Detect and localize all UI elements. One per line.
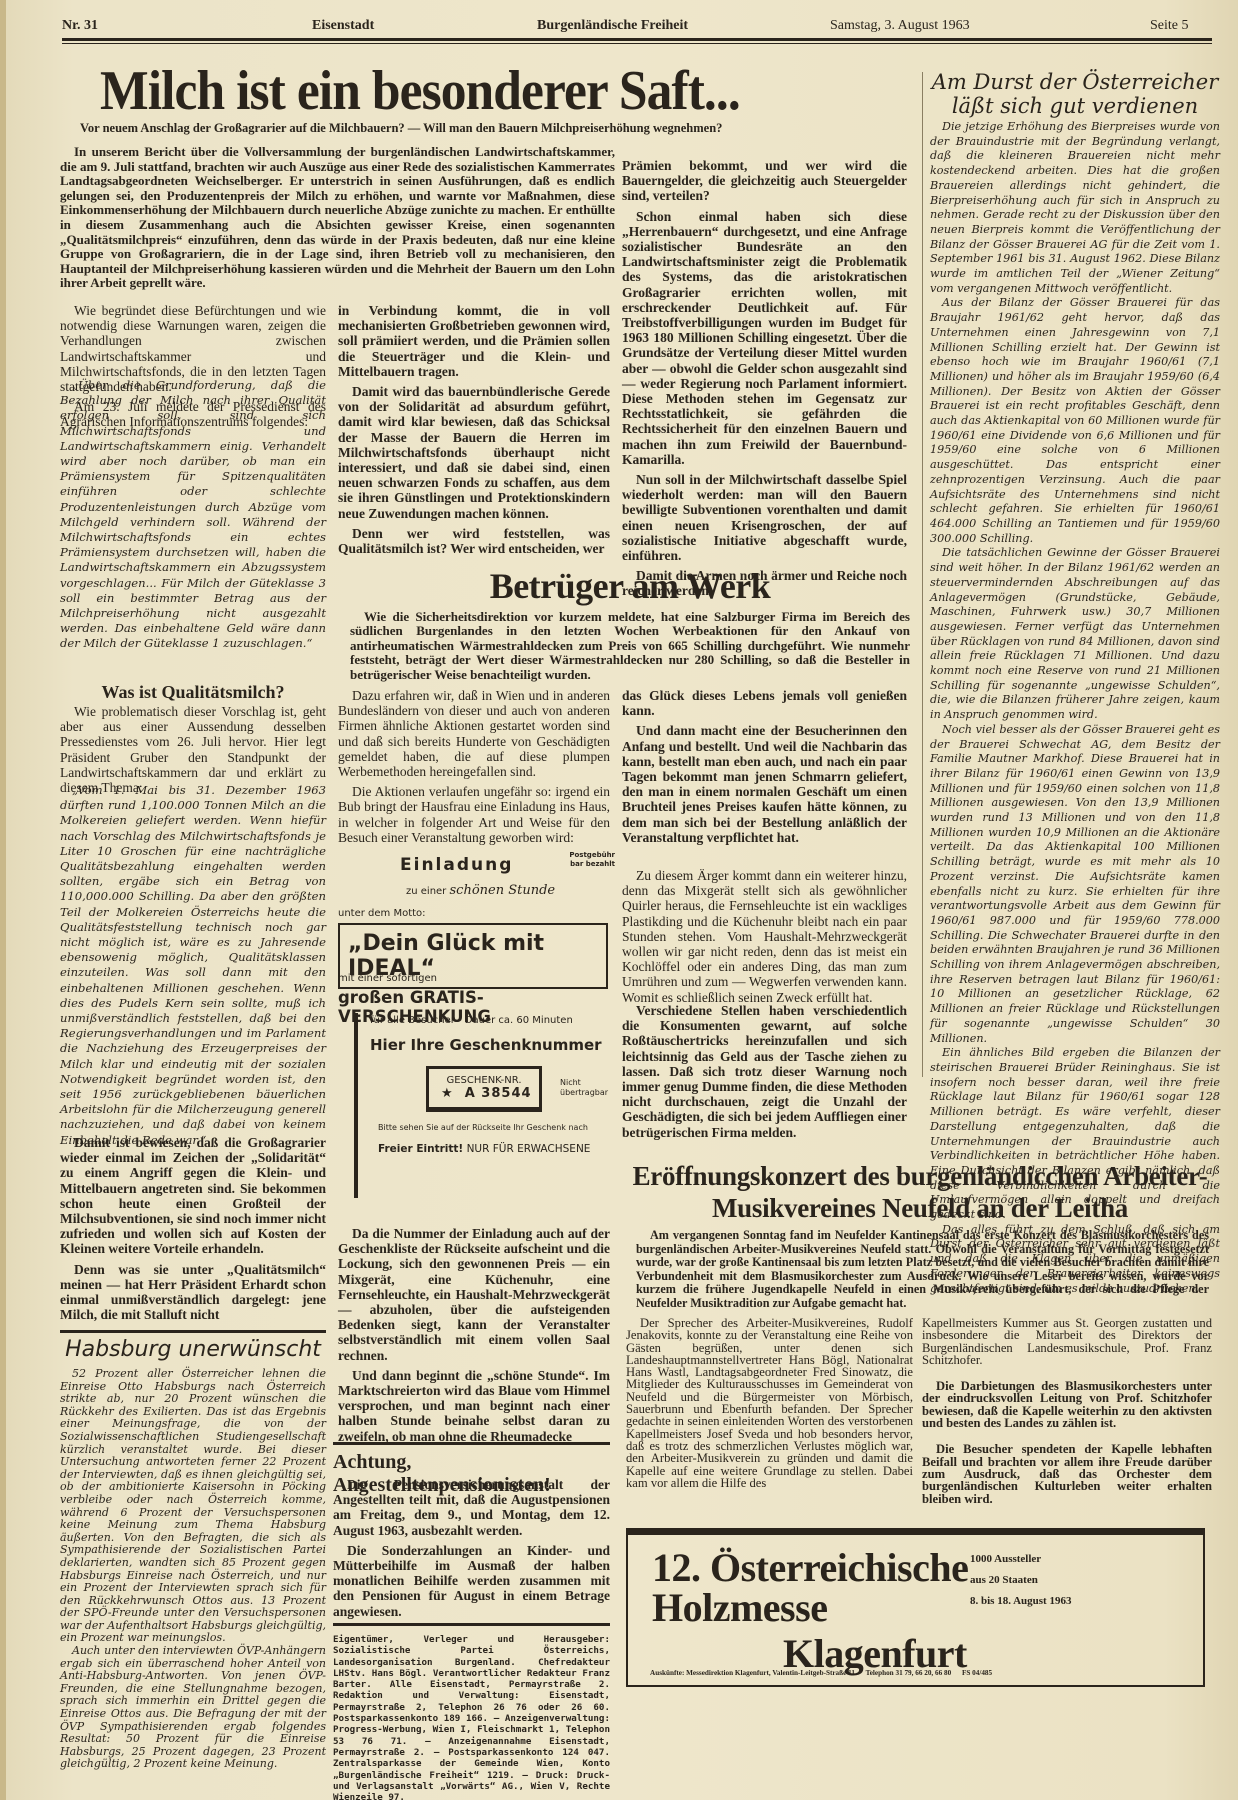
section-rule [333,1442,610,1445]
star-icon: ★ [441,1086,454,1101]
fraud-column-1: Dazu erfahren wir, daß in Wien und in an… [338,688,610,850]
crosshead-qualitaetsmilch: Was ist Qualitätsmilch? [60,682,326,703]
motto-label: unter dem Motto: [338,908,426,919]
issue-date: Samstag, 3. August 1963 [830,18,970,34]
habsburg-body: 52 Prozent aller Österreicher lehnen die… [60,1368,326,1771]
pension-body: Die Pensionsversicherungsanstalt der Ang… [333,1477,610,1624]
invitation-to: zu einer schönen Stunde [406,883,555,898]
beer-article: Am Durst der Österreicher läßt sich gut … [930,70,1220,1296]
page-edge [0,0,6,1800]
concert-headline: Eröffnungskonzert des burgenländicchen A… [625,1160,1215,1224]
beer-body: Die jetzige Erhöhung des Bierpreises wur… [930,120,1220,1296]
concert-column-2: Kapellmeisters Kummer aus St. Georgen zu… [922,1317,1212,1510]
fraud-column-2c: Verschiedene Stellen haben verschiedentl… [622,1003,907,1145]
fraud-headline: Betrüger am Werk [350,565,910,607]
invitation-side-bar [354,1013,358,1198]
section-rule [333,1623,610,1626]
beer-headline-line-1: Am Durst der Österreicher [930,70,1220,94]
gift-number-box: GESCHENK-NR. ★ A 38544 [426,1066,542,1112]
lead-quote-2: „Vom 1. Mai bis 31. Dezember 1963 dürfte… [60,783,326,1148]
lead-column-1c: Damit ist bewiesen, daß die Großagrarier… [60,1135,326,1327]
gift-label: GESCHENK-NR. [441,1075,527,1086]
fair-info: Auskünfte: Messedirektion Klagenfurt, Va… [650,1669,992,1677]
gift-number: ★ A 38544 [441,1086,527,1101]
non-transferable: Nicht übertragbar [560,1078,610,1098]
lead-subheadline: Vor neuem Anschlag der Großagrarier auf … [80,121,880,136]
postage-note: Postgebühr bar bezahlt [560,851,615,869]
masthead-rule [62,38,1212,44]
masthead: Nr. 31 Eisenstadt Burgenländische Freihe… [62,8,1217,34]
see-back-note: Bitte sehen Sie auf der Rückseite Ihr Ge… [378,1123,588,1132]
gift-number-heading: Hier Ihre Geschenknummer [370,1036,602,1054]
for-all-visitors: für alle Besucher - Dauer ca. 60 Minuten [370,1015,573,1026]
imprint: Eigentümer, Verleger und Herausgeber: So… [333,1634,610,1800]
lead-quote-1: „Über die Grundforderung, daß die Bezahl… [60,378,326,652]
habsburg-headline: Habsburg unerwünscht [60,1337,326,1362]
invitation-facsimile: Einladung Postgebühr bar bezahlt zu eine… [338,855,610,1220]
issue-number: Nr. 31 [62,18,98,34]
lead-column-2: in Verbindung kommt, die in voll mechani… [338,303,610,561]
concert-column-1: Der Sprecher des Arbeiter-Musikvereines,… [626,1317,913,1494]
fair-details: 1000 Aussteller aus 20 Staaten 8. bis 18… [970,1549,1071,1612]
beer-headline-line-2: läßt sich gut verdienen [930,94,1220,118]
newspaper-name: Burgenländische Freiheit [537,18,688,34]
lead-column-3: Prämien bekommt, und wer wird die Bauern… [622,158,907,604]
lead-headline: Milch ist ein besonderer Saft... [100,60,818,122]
fraud-lead: Wie die Sicherheitsdirektion vor kurzem … [350,610,910,687]
column-divider [922,72,923,1077]
concert-lead: Am vergangenen Sonntag fand im Neufelder… [636,1229,1209,1316]
section-rule [60,1330,326,1333]
free-entry: Freier Eintritt! NUR FÜR ERWACHSENE [378,1143,590,1155]
fraud-column-2b: Zu diesem Ärger kommt dann ein weiterer … [622,868,907,1010]
city: Eisenstadt [312,18,374,34]
invitation-with: mit einer sofortigen [338,973,437,984]
fair-title-line-2: Holzmesse [652,1585,827,1631]
fraud-column-1b: Da die Nummer der Einladung auch auf der… [338,1226,610,1449]
invitation-title: Einladung [400,855,513,875]
fraud-column-2: das Glück dieses Lebens jemals voll geni… [622,688,907,850]
fair-advertisement: 12. Österreichische Holzmesse Klagenfurt… [626,1528,1205,1687]
lead-intro: In unserem Bericht über die Vollversamml… [60,145,615,296]
page-number: Seite 5 [1150,18,1189,34]
